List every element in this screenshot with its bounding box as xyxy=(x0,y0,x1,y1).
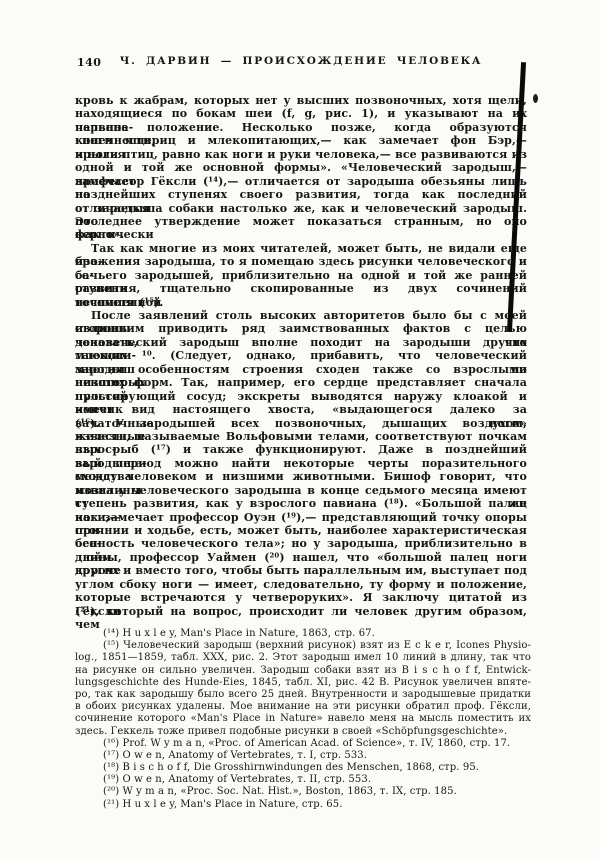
text-line: в обоих рисунках удалены. Мое внимание н… xyxy=(75,701,531,713)
text-line: (¹⁸) B i s c h o f f, Die Grosshirnwindu… xyxy=(75,762,531,774)
text-line: от зародыша собаки настолько же, как и ч… xyxy=(75,202,527,215)
ink-speck xyxy=(533,94,538,103)
text-line: стоянии и ходьбе, есть, может быть, наиб… xyxy=(75,524,527,537)
text-line: бенность человеческого тела»; но у зарод… xyxy=(75,537,527,550)
footnotes: (¹⁴) H u x l e y, Man's Place in Nature,… xyxy=(75,628,531,811)
text-line: других и вместо того, чтобы быть паралле… xyxy=(75,564,527,577)
text-line: развития, тщательно скопированные из дву… xyxy=(75,282,527,295)
text-line: которые встречаются у четвероруких». Я з… xyxy=(75,591,527,604)
text-line: (¹⁴) H u x l e y, Man's Place in Nature,… xyxy=(75,628,531,640)
text-line: имеет вид настоящего хвоста, «выдающегос… xyxy=(75,403,527,416)
text-line: низших форм. Так, например, его сердце п… xyxy=(75,376,527,389)
text-line: (¹⁹) O w e n, Anatomy of Vertebrates, т.… xyxy=(75,774,531,786)
text-line: человеческий зародыш вполне походит на з… xyxy=(75,336,527,349)
text-line: железы, называемые Вольфовыми телами, со… xyxy=(75,430,527,443)
text-line: позднейших ступенях своего развития, тог… xyxy=(75,188,527,201)
text-line: вый период можно найти некоторые черты п… xyxy=(75,457,527,470)
body-text: кровь к жабрам, которых нет у высших поз… xyxy=(75,94,527,618)
text-line: точности (¹⁵). xyxy=(75,296,527,309)
text-line: пульсирующий сосуд; экскреты выводятся н… xyxy=(75,390,527,403)
text-line: углом сбоку ноги — имеет, следовательно,… xyxy=(75,578,527,591)
text-line: После заявлений столь высоких авторитето… xyxy=(75,309,527,322)
text-line: излишним приводить ряд заимствованных фа… xyxy=(75,322,527,335)
text-line: бражения зародыша, то я помещаю здесь ри… xyxy=(75,255,527,268)
page-header: 140 Ч. ДАРВИН — ПРОИСХОЖДЕНИЕ ЧЕЛОВЕКА xyxy=(75,55,527,71)
text-line: сочинение которого «Man's Place in Natur… xyxy=(75,713,531,725)
page-number: 140 xyxy=(77,56,101,69)
text-line: мозга у человеческого зародыша в конце с… xyxy=(75,484,527,497)
text-line: бачьего зародышей, приблизительно на одн… xyxy=(75,269,527,282)
text-line: как замечает профессор Оуэн (¹⁹),— предс… xyxy=(75,511,527,524)
text-line: здесь. Геккель тоже привел подобные рису… xyxy=(75,726,531,738)
text-line: ро, так как зародышу было всего 25 дней.… xyxy=(75,689,531,701)
text-line: тающих ¹⁰. (Следует, однако, прибавить, … xyxy=(75,349,527,362)
running-title: Ч. ДАРВИН — ПРОИСХОЖДЕНИЕ ЧЕЛОВЕКА xyxy=(75,55,527,67)
text-line: и ноги птиц, равно как ноги и руки челов… xyxy=(75,148,527,161)
text-line: (¹⁵) Человеческий зародыш (верхний рисун… xyxy=(75,640,531,652)
text-line: (²¹), который на вопрос, происходит ли ч… xyxy=(75,605,527,618)
text-line: степень развития, как у взрослого павиан… xyxy=(75,497,527,510)
text-line: «ноги ящериц и млекопитающих,— как замеч… xyxy=(75,134,527,147)
text-line: lungsgeschichte des Hunde-Eies, 1845, та… xyxy=(75,677,531,689)
text-line: лых рыб (¹⁷) и также функционируют. Даже… xyxy=(75,443,527,456)
text-line: (¹⁷) O w e n, Anatomy of Vertebrates, т.… xyxy=(75,750,531,762)
text-line: длины, профессор Уаймен (²⁰) нашел, что … xyxy=(75,551,527,564)
text-line: кровь к жабрам, которых нет у высших поз… xyxy=(75,94,527,107)
text-line: (²¹) H u x l e y, Man's Place in Nature,… xyxy=(75,799,531,811)
text-line: на рисунке он сильно увеличен. Зародыш с… xyxy=(75,665,531,677)
text-line: последнее утверждение может показаться с… xyxy=(75,215,527,228)
text-line: Так как многие из моих читателей, может … xyxy=(75,242,527,255)
text-line: профессор Гёксли (¹⁴),— отличается от за… xyxy=(75,175,527,188)
book-page: 140 Ч. ДАРВИН — ПРОИСХОЖДЕНИЕ ЧЕЛОВЕКА к… xyxy=(0,0,600,857)
text-line: чальное положение. Несколько позже, когд… xyxy=(75,121,527,134)
text-line: находящиеся по бокам шеи (f, g, рис. 1),… xyxy=(75,107,527,120)
text-line: (¹⁶). У зародышей всех позвоночных, дыша… xyxy=(75,417,527,430)
text-line: одной и той же основной формы». «Человеч… xyxy=(75,161,527,174)
text-line: (¹⁶) Prof. W y m a n, «Proc. of American… xyxy=(75,738,531,750)
text-line: (²⁰) W y m a n, «Proc. Soc. Nat. Hist.»,… xyxy=(75,786,531,798)
text-line: многим особенностям строения сходен такж… xyxy=(75,363,527,376)
text-line: между человеком и низшими животными. Биш… xyxy=(75,470,527,483)
text-line: log., 1851—1859, табл. XXX, рис. 2. Этот… xyxy=(75,652,531,664)
